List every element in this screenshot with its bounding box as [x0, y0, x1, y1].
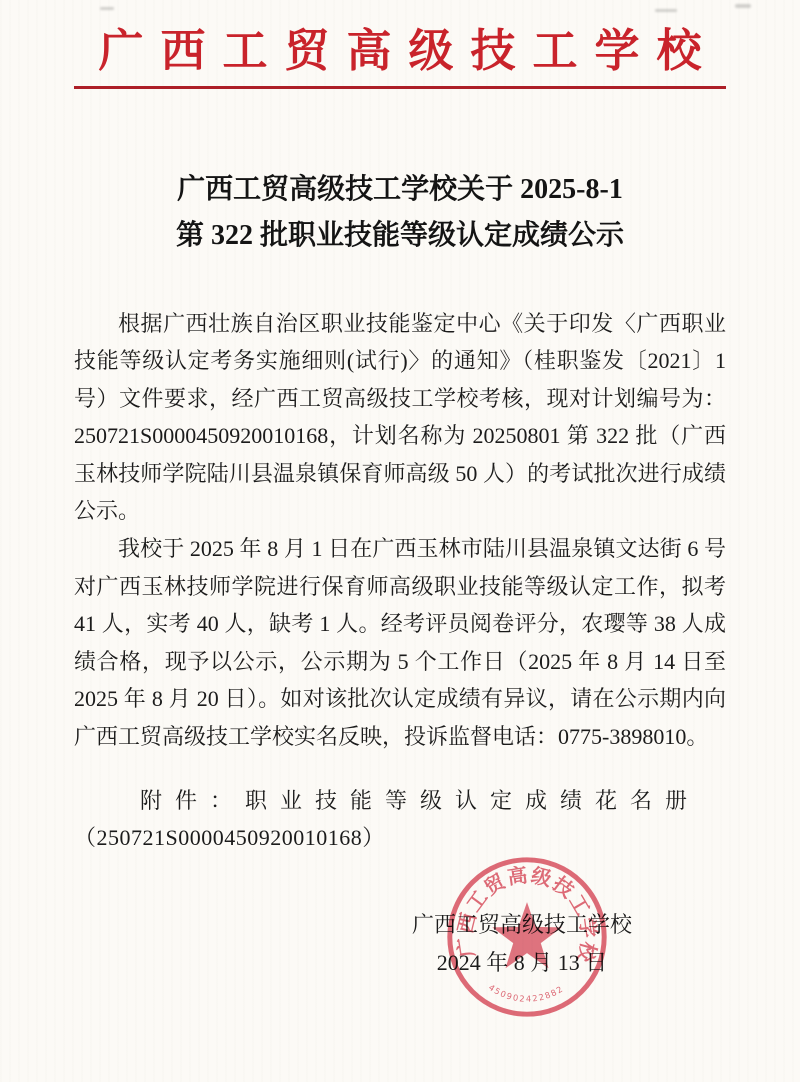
- signature-block: 广西工贸高级技工学校 2024 年 8 月 13 日: [408, 906, 636, 982]
- signature-school-name: 广西工贸高级技工学校: [408, 906, 636, 944]
- document-title-line2: 第 322 批职业技能等级认定成绩公示: [0, 213, 800, 259]
- scan-artifact: [100, 7, 114, 10]
- signature-date: 2024 年 8 月 13 日: [408, 944, 636, 982]
- attachment-line: 附件：职业技能等级认定成绩花名册: [74, 782, 726, 820]
- letterhead-rule: [74, 86, 726, 89]
- body-paragraph-1: 根据广西壮族自治区职业技能鉴定中心《关于印发〈广西职业技能等级认定考务实施细则(…: [74, 305, 726, 531]
- scan-artifact: [735, 4, 751, 8]
- attachment-plan-code: （250721S0000450920010168）: [74, 819, 726, 857]
- letterhead-school-name: 广西工贸高级技工学校: [0, 0, 800, 77]
- scan-artifact: [655, 9, 677, 12]
- document-page: 广西工贸高级技工学校 广西工贸高级技工学校关于 2025-8-1 第 322 批…: [0, 0, 800, 1082]
- document-title: 广西工贸高级技工学校关于 2025-8-1 第 322 批职业技能等级认定成绩公…: [0, 167, 800, 259]
- body-paragraph-2: 我校于 2025 年 8 月 1 日在广西玉林市陆川县温泉镇文达街 6 号对广西…: [74, 530, 726, 756]
- document-body: 根据广西壮族自治区职业技能鉴定中心《关于印发〈广西职业技能等级认定考务实施细则(…: [74, 305, 726, 857]
- letterhead: 广西工贸高级技工学校: [0, 0, 800, 89]
- document-title-line1: 广西工贸高级技工学校关于 2025-8-1: [0, 167, 800, 213]
